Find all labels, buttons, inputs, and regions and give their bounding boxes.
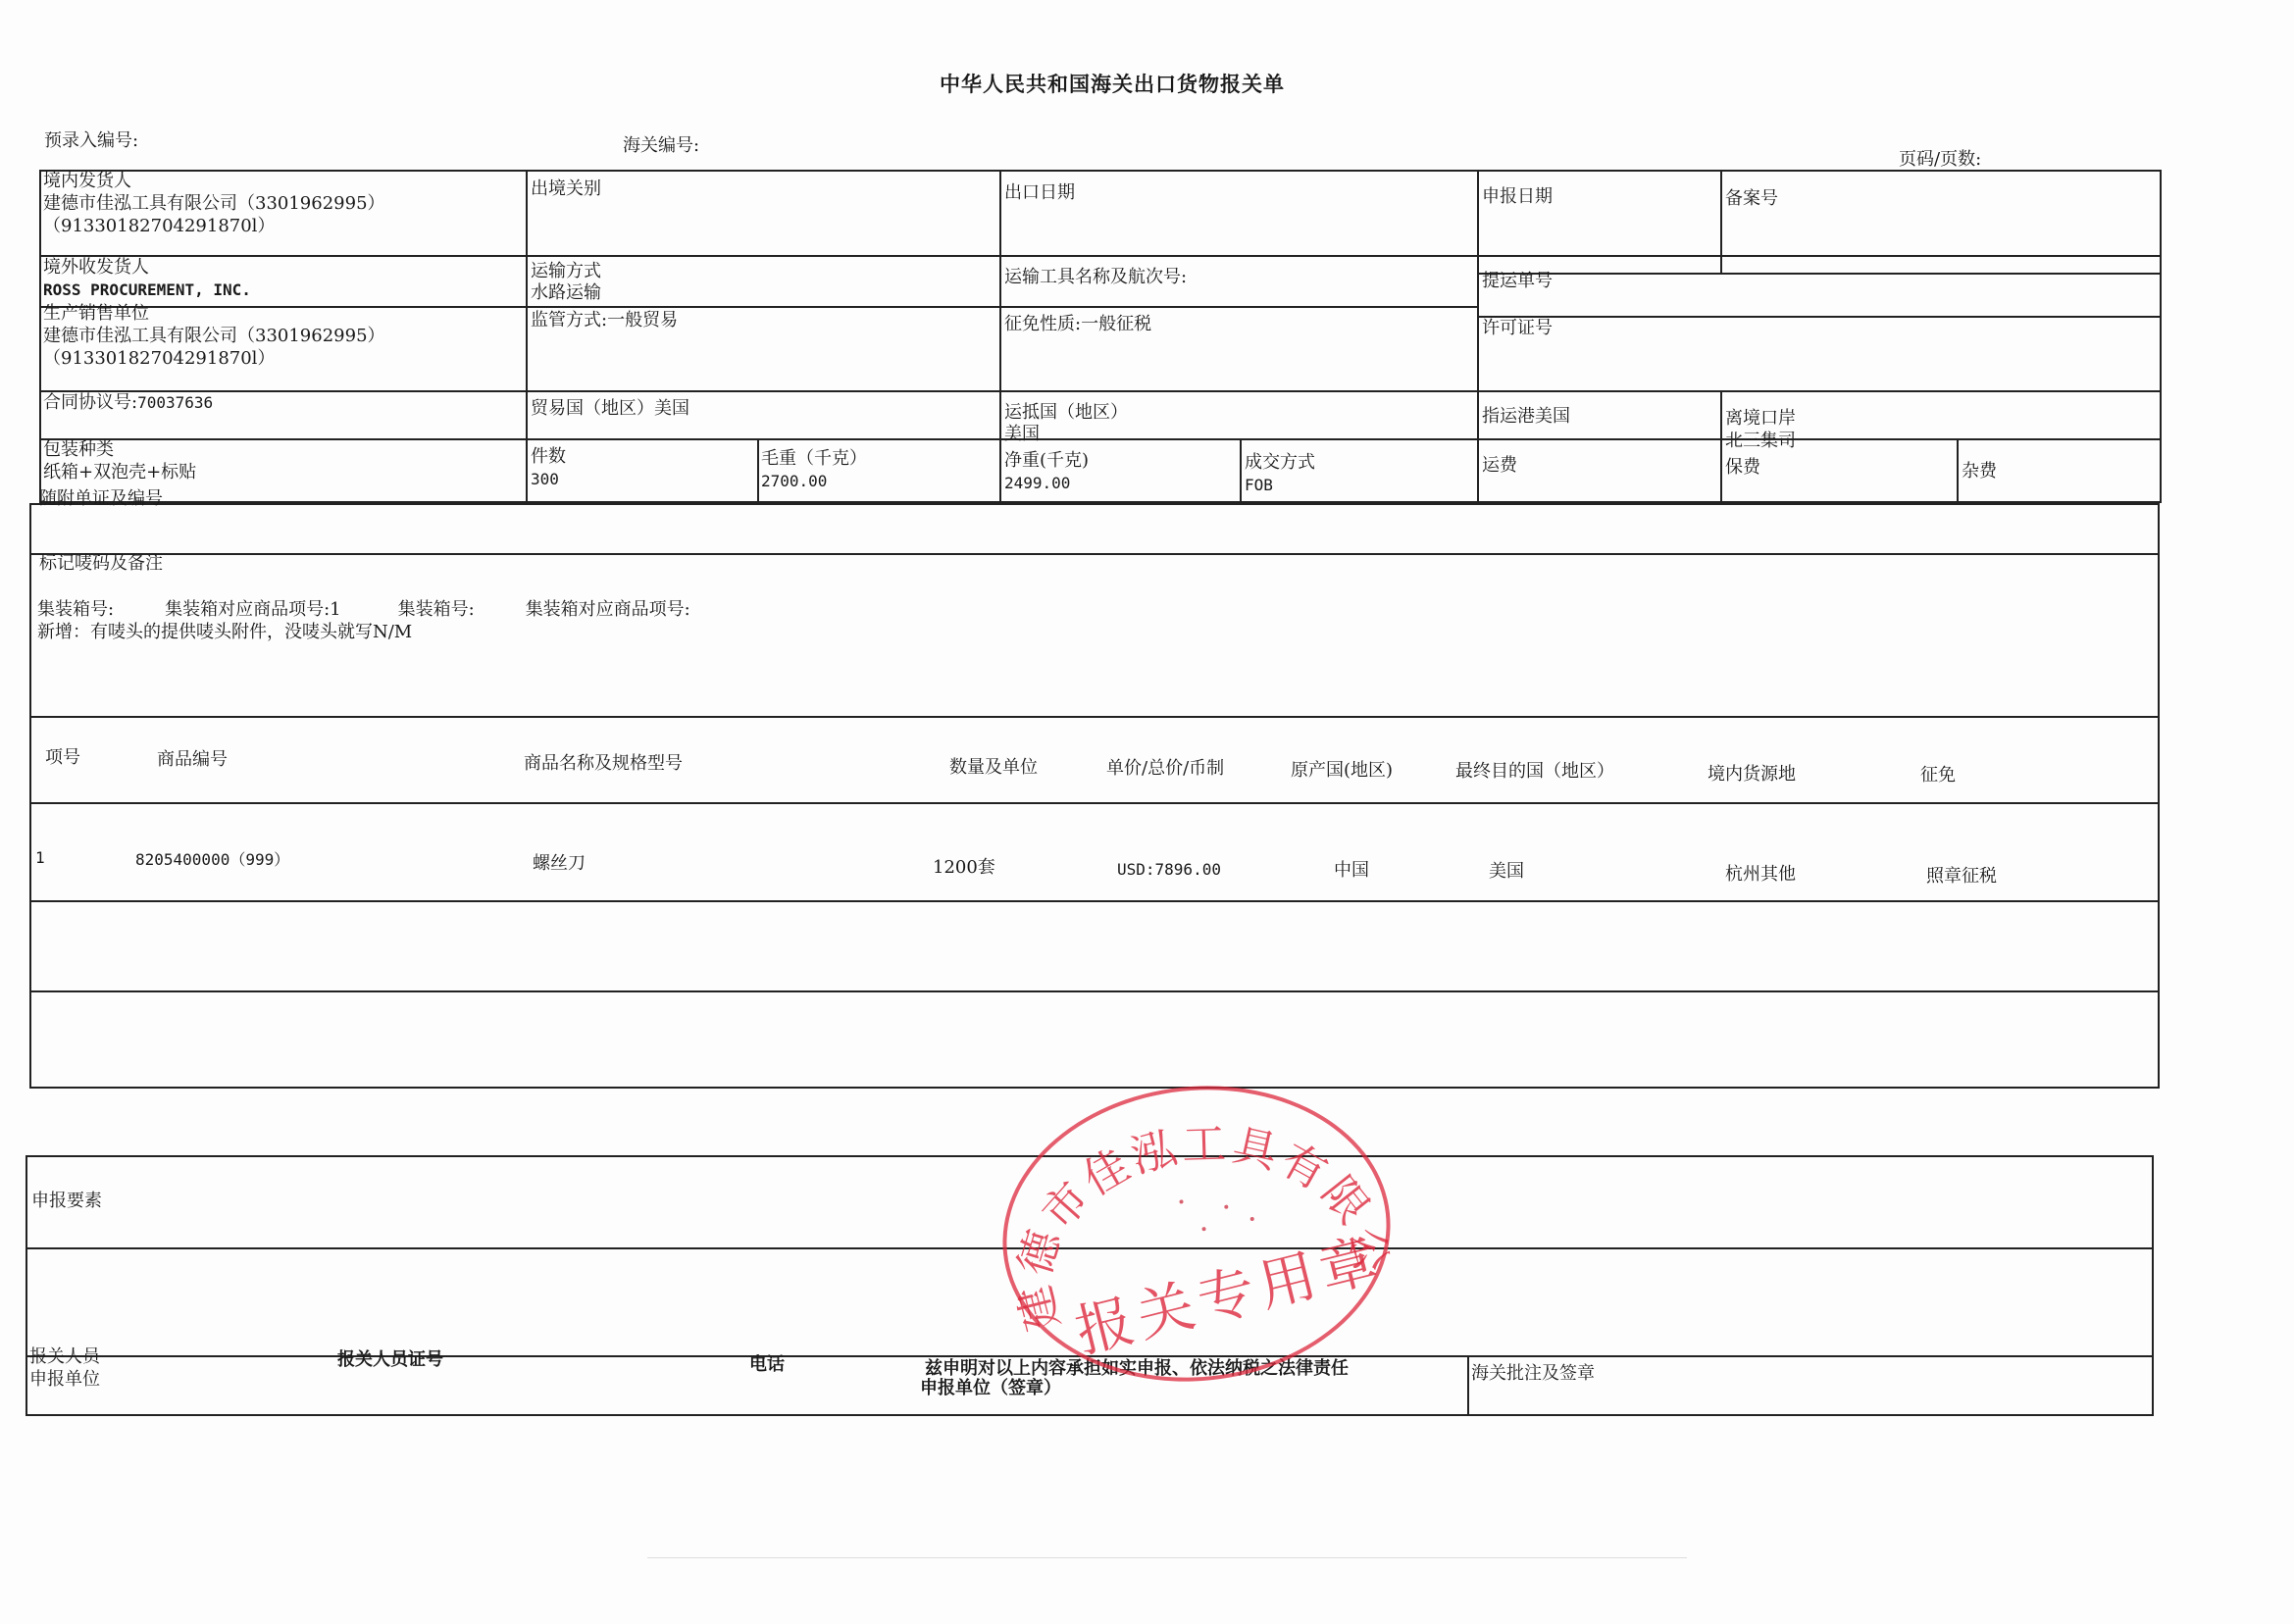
package-type-label: 包装种类: [43, 439, 114, 461]
col-tax: 征免: [1920, 765, 1956, 787]
supervision-mode: 监管方式:一般贸易: [531, 310, 678, 331]
overseas-consignee-label: 境外收发货人: [43, 257, 149, 279]
container-item-label-2: 集装箱对应商品项号:: [526, 599, 690, 620]
container-no-label: 集装箱号:: [37, 599, 114, 620]
port-of-destination: 指运港美国: [1482, 406, 1570, 428]
producer-name: 建德市佳泓工具有限公司（3301962995）: [43, 326, 385, 347]
divider: [999, 170, 1001, 503]
domestic-shipper-label: 境内发货人: [43, 171, 131, 192]
row-name: 螺丝刀: [533, 853, 586, 875]
vessel-voyage-label: 运输工具名称及航次号:: [1004, 267, 1187, 288]
contract-no-value: 70037636: [137, 393, 213, 412]
pieces-value: 300: [531, 469, 559, 490]
declaring-unit-label: 申报单位: [29, 1369, 100, 1391]
attached-docs-label: 随附单证及编号: [39, 488, 163, 510]
port-of-destination-label: 指运港: [1482, 406, 1535, 427]
divider: [29, 553, 2160, 555]
scan-artifact-line: [647, 1557, 1687, 1558]
supervision-mode-value: 一般贸易: [607, 310, 678, 330]
contract-no-label: 合同协议号:: [43, 392, 137, 413]
divider: [1720, 390, 1722, 503]
domestic-shipper-code: （91330182704291870l）: [43, 216, 275, 237]
divider: [29, 990, 2160, 992]
col-price: 单价/总价/币制: [1106, 758, 1224, 780]
gross-weight-label: 毛重（千克）: [761, 448, 867, 470]
marks-note: 新增：有唛头的提供唛头附件，没唛头就写N/M: [37, 622, 412, 643]
domestic-shipper-name: 建德市佳泓工具有限公司（3301962995）: [43, 193, 385, 215]
document-title: 中华人民共和国海关出口货物报关单: [940, 69, 1285, 98]
col-quantity: 数量及单位: [949, 757, 1038, 779]
contract-no: 合同协议号:70037636: [43, 392, 213, 414]
divider: [757, 438, 759, 503]
phone-label: 电话: [749, 1354, 785, 1376]
destination-country-label: 运抵国（地区）: [1004, 402, 1128, 424]
net-weight-value: 2499.00: [1004, 473, 1070, 494]
row-quantity: 1200套: [933, 857, 995, 879]
divider: [39, 255, 2162, 257]
divider: [1957, 438, 1959, 503]
overseas-consignee-value: ROSS PROCUREMENT, INC.: [43, 279, 251, 301]
producer-code: （91330182704291870l）: [43, 348, 275, 370]
misc-fee-label: 杂费: [1962, 461, 1997, 482]
tax-nature: 征免性质:一般征税: [1004, 314, 1151, 335]
divider: [1720, 170, 1722, 273]
declare-date-label: 申报日期: [1482, 186, 1553, 208]
container-item-value: 1: [330, 599, 340, 620]
col-domestic-source: 境内货源地: [1708, 764, 1796, 786]
gross-weight-value: 2700.00: [761, 471, 827, 492]
producer-label: 生产销售单位: [43, 303, 149, 325]
tax-nature-label: 征免性质:: [1004, 314, 1081, 334]
customs-approval-label: 海关批注及签章: [1471, 1363, 1595, 1385]
col-hs-code: 商品编号: [157, 749, 228, 771]
goods-section: [29, 503, 2160, 1089]
divider: [1477, 170, 1479, 503]
exit-customs-label: 出境关别: [531, 178, 601, 200]
col-origin: 原产国(地区): [1291, 760, 1393, 782]
row-hs-code: 8205400000（999）: [135, 849, 289, 871]
row-origin: 中国: [1334, 860, 1369, 882]
export-date-label: 出口日期: [1004, 182, 1075, 204]
license-no-label: 许可证号: [1482, 318, 1553, 339]
row-tax: 照章征税: [1926, 866, 1997, 888]
declarant-label: 报关人员: [29, 1346, 100, 1368]
divider: [39, 306, 1477, 308]
transport-mode-value: 水路运输: [531, 282, 601, 304]
container-no-label-2: 集装箱号:: [398, 599, 475, 620]
divider: [29, 716, 2160, 718]
bill-of-lading-label: 提运单号: [1482, 271, 1553, 292]
divider: [39, 390, 2162, 392]
col-final-destination: 最终目的国（地区）: [1455, 761, 1614, 783]
tax-nature-value: 一般征税: [1081, 314, 1151, 334]
exit-port-label: 离境口岸: [1725, 408, 1796, 430]
company-seal-stamp: 建德市佳泓工具有限公司 报关专用章: [988, 1067, 1404, 1400]
marks-label: 标记唛码及备注: [39, 553, 163, 575]
declarant-id-label: 报关人员证号: [337, 1349, 443, 1371]
row-item-no: 1: [35, 847, 45, 869]
divider: [39, 438, 2162, 440]
net-weight-label: 净重(千克): [1004, 450, 1089, 472]
pieces-label: 件数: [531, 446, 566, 468]
preentry-no-label: 预录入编号:: [44, 130, 138, 152]
divider: [29, 900, 2160, 902]
col-item-no: 项号: [45, 747, 80, 769]
divider: [526, 170, 528, 503]
divider: [1477, 273, 2162, 275]
transaction-mode-label: 成交方式: [1245, 452, 1315, 474]
destination-country-value: 美国: [1004, 424, 1040, 445]
transaction-mode-value: FOB: [1245, 475, 1273, 496]
record-no-label: 备案号: [1725, 188, 1778, 210]
row-final-destination: 美国: [1489, 861, 1524, 883]
trade-country: 贸易国（地区）美国: [531, 398, 689, 420]
freight-label: 运费: [1482, 455, 1517, 477]
declaration-elements-label: 申报要素: [31, 1191, 102, 1212]
divider: [29, 802, 2160, 804]
customs-no-label: 海关编号:: [623, 135, 699, 157]
exit-port-value: 北三集司: [1725, 431, 1796, 452]
divider: [1467, 1355, 1469, 1416]
row-price: USD:7896.00: [1117, 859, 1221, 881]
page-count-label: 页码/页数:: [1899, 149, 1981, 171]
transport-mode-label: 运输方式: [531, 261, 601, 282]
trade-country-label: 贸易国（地区）: [531, 398, 654, 419]
container-item-label: 集装箱对应商品项号:: [165, 599, 330, 620]
supervision-mode-label: 监管方式:: [531, 310, 607, 330]
divider: [1477, 316, 2162, 318]
divider: [1240, 438, 1242, 503]
col-name: 商品名称及规格型号: [524, 753, 683, 775]
package-type-value: 纸箱+双泡壳+标贴: [43, 462, 196, 483]
trade-country-value: 美国: [654, 398, 689, 419]
row-domestic-source: 杭州其他: [1725, 864, 1796, 886]
port-of-destination-value: 美国: [1535, 406, 1570, 427]
insurance-label: 保费: [1725, 457, 1760, 479]
container-line: 集装箱号:集装箱对应商品项号:1集装箱号:集装箱对应商品项号:: [37, 599, 690, 621]
